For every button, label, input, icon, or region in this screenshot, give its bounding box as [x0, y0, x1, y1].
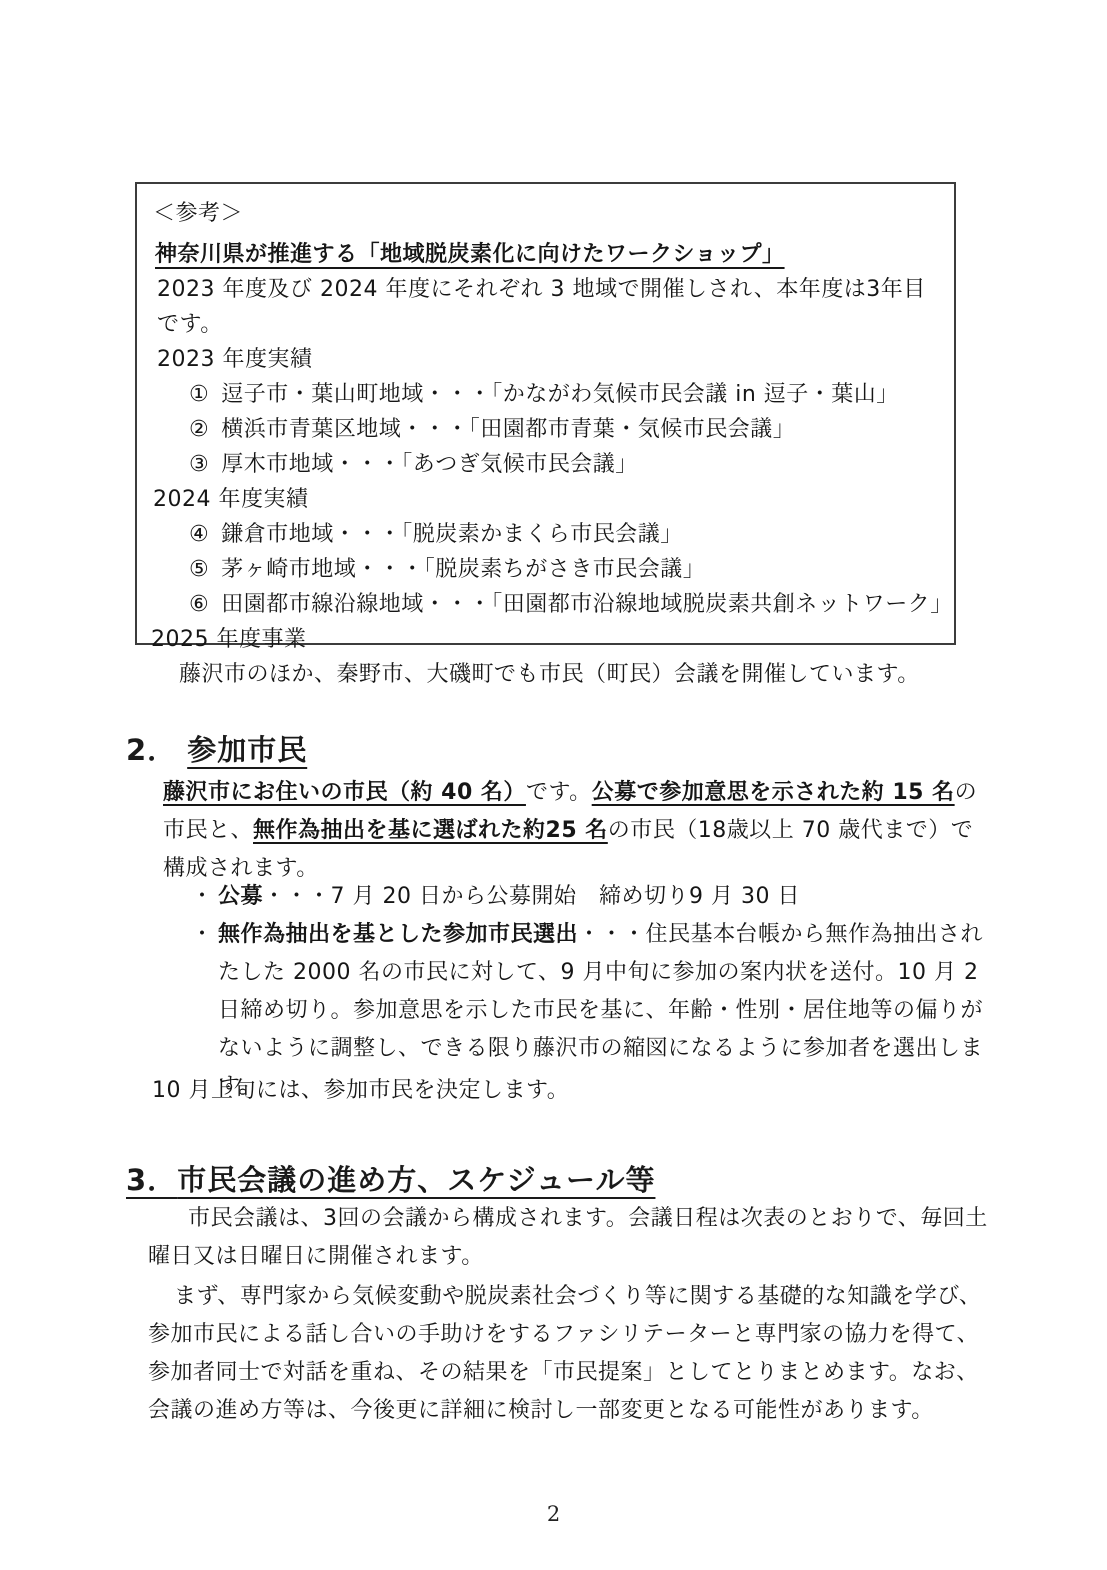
section3-heading: 3．市民会議の進め方、スケジュール等 — [126, 1158, 655, 1199]
section2-closing: 10 月上旬には、参加市民を決定します。 — [152, 1072, 992, 1110]
circled-number: ④ — [189, 522, 209, 547]
emphasized-phrase: 藤沢市にお住いの市民（約 40 名） — [163, 780, 526, 805]
list-item: ⑥田園都市線沿線地域・・・「田園都市沿線地域脱炭素共創ネットワーク」 — [189, 587, 936, 622]
page-number: 2 — [0, 1502, 1107, 1526]
list-item: ④鎌倉市地域・・・「脱炭素かまくら市民会議」 — [189, 517, 936, 552]
circled-number: ⑤ — [189, 557, 209, 582]
list-item-text: 田園都市線沿線地域・・・「田園都市沿線地域脱炭素共創ネットワーク」 — [221, 592, 953, 617]
bullet-item: ・公募・・・7 月 20 日から公募開始 締め切り9 月 30 日 — [218, 878, 1002, 916]
fy2025-note: 藤沢市のほか、秦野市、大磯町でも市民（町民）会議を開催しています。 — [179, 657, 936, 692]
section2-heading: 2．参加市民 — [126, 728, 307, 769]
list-item: ①逗子市・葉山町地域・・・「かながわ気候市民会議 in 逗子・葉山」 — [189, 377, 936, 412]
section3-title: 市民会議の進め方、スケジュール等 — [177, 1163, 655, 1197]
circled-number: ⑥ — [189, 592, 209, 617]
section2-number: 2． — [126, 733, 177, 767]
section3-number: 3． — [126, 1163, 177, 1197]
reference-label: ＜参考＞ — [153, 196, 936, 231]
reference-box: ＜参考＞ 神奈川県が推進する「地域脱炭素化に向けたワークショップ」 2023 年… — [135, 182, 956, 645]
list-item-text: 横浜市青葉区地域・・・「田園都市青葉・気候市民会議」 — [221, 417, 795, 442]
bullet-description: ・・・7 月 20 日から公募開始 締め切り9 月 30 日 — [263, 884, 800, 909]
list-item: ③厚木市地域・・・「あつぎ気候市民会議」 — [189, 447, 936, 482]
circled-number: ③ — [189, 452, 209, 477]
plain-run: です。 — [526, 780, 592, 805]
list-item: ⑤茅ヶ崎市地域・・・「脱炭素ちがさき市民会議」 — [189, 552, 936, 587]
bullet-term: 公募 — [218, 884, 263, 909]
bullet-dot: ・ — [191, 878, 214, 916]
bullet-dot: ・ — [191, 916, 214, 954]
emphasized-phrase: 公募で参加意思を示された約 15 名 — [592, 780, 955, 805]
emphasized-phrase: 無作為抽出を基に選ばれた約25 名 — [253, 818, 608, 843]
fy2025-heading: 2025 年度事業 — [151, 622, 936, 657]
reference-intro: 2023 年度及び 2024 年度にそれぞれ 3 地域で開催しされ、本年度は3年… — [157, 272, 936, 342]
fy2023-heading: 2023 年度実績 — [157, 342, 936, 377]
section2-title: 参加市民 — [187, 733, 307, 767]
list-item-text: 鎌倉市地域・・・「脱炭素かまくら市民会議」 — [221, 522, 683, 547]
document-page: ＜参考＞ 神奈川県が推進する「地域脱炭素化に向けたワークショップ」 2023 年… — [0, 0, 1107, 1570]
reference-title-text: 神奈川県が推進する「地域脱炭素化に向けたワークショップ」 — [155, 242, 785, 267]
list-item-text: 厚木市地域・・・「あつぎ気候市民会議」 — [221, 452, 638, 477]
fy2024-heading: 2024 年度実績 — [153, 482, 936, 517]
section3-number-title: 3．市民会議の進め方、スケジュール等 — [126, 1163, 655, 1197]
circled-number: ① — [189, 382, 209, 407]
section2-paragraph: 藤沢市にお住いの市民（約 40 名）です。公募で参加意思を示された約 15 名の… — [163, 774, 993, 888]
bullet-term: 無作為抽出を基とした参加市民選出 — [218, 922, 578, 947]
list-item-text: 茅ヶ崎市地域・・・「脱炭素ちがさき市民会議」 — [221, 557, 705, 582]
list-item: ②横浜市青葉区地域・・・「田園都市青葉・気候市民会議」 — [189, 412, 936, 447]
section3-paragraph-2: まず、専門家から気候変動や脱炭素社会づくり等に関する基礎的な知識を学び、参加市民… — [148, 1278, 993, 1430]
list-item-text: 逗子市・葉山町地域・・・「かながわ気候市民会議 in 逗子・葉山」 — [221, 382, 899, 407]
reference-title: 神奈川県が推進する「地域脱炭素化に向けたワークショップ」 — [155, 237, 936, 272]
section3-paragraph-1: 市民会議は、3回の会議から構成されます。会議日程は次表のとおりで、毎回土曜日又は… — [148, 1200, 993, 1276]
circled-number: ② — [189, 417, 209, 442]
